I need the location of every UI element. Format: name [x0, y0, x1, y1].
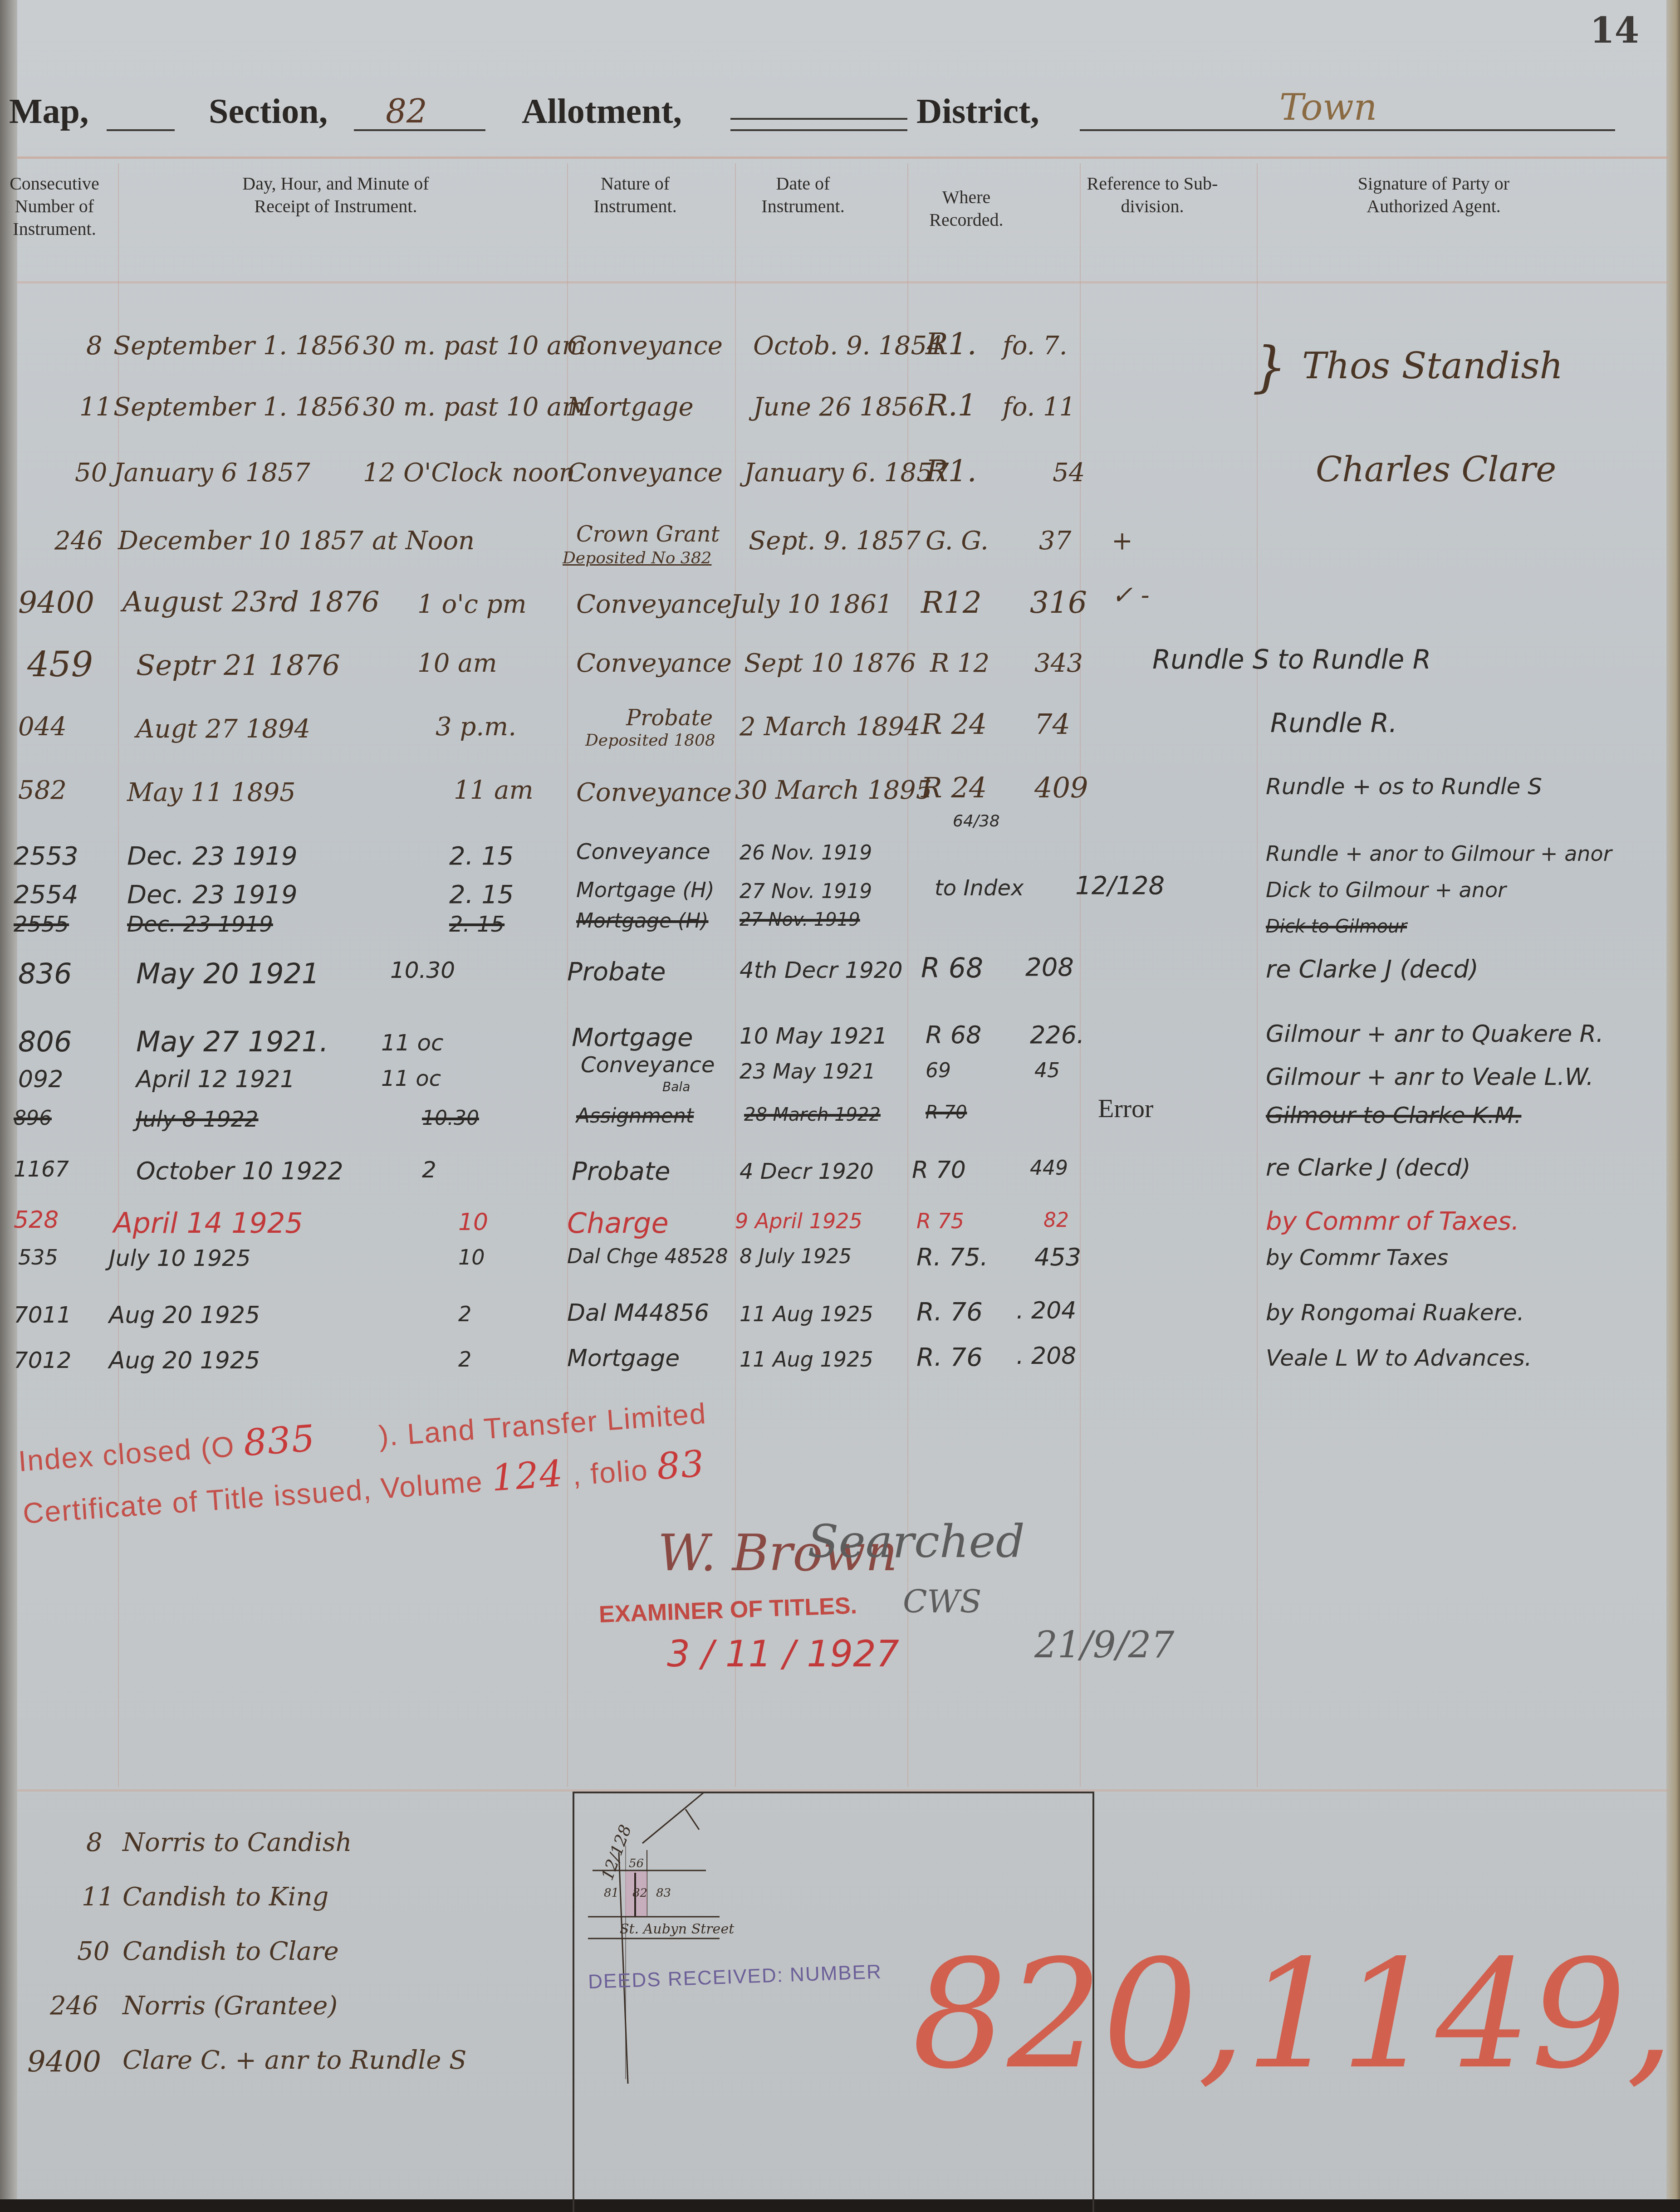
entry-time: 11 am [454, 776, 534, 805]
entry-number: 896 [14, 1107, 52, 1130]
entry-time: 1 o'c pm [417, 590, 527, 619]
entry-signature: Dick to Gilmour + anor [1266, 878, 1506, 902]
entry-date: Octob. 9. 1854 [753, 331, 943, 361]
entry-date: 11 Aug 1925 [740, 1302, 873, 1326]
entry-number: 2553 [14, 841, 78, 871]
header-rule [17, 156, 1669, 159]
entry-nature: Mortgage [567, 1345, 680, 1372]
entry-date: July 10 1861 [730, 590, 892, 619]
entry-where: 64/38 [953, 812, 1000, 830]
entry-number: 092 [18, 1066, 63, 1093]
entry-folio: . 208 [1016, 1343, 1076, 1370]
entry-nature-note: Deposited 1808 [585, 731, 715, 750]
entry-folio: 453 [1034, 1243, 1081, 1271]
entry-date: 8 July 1925 [740, 1245, 852, 1268]
entry-number: 044 [18, 712, 67, 742]
entry-signature: Rundle R. [1270, 708, 1397, 738]
entry-where: R1. [926, 327, 977, 361]
entry-where: R 75 [916, 1209, 964, 1233]
entry-where: R. 76 [916, 1297, 983, 1327]
entry-number: 11 [79, 392, 112, 422]
col-where-recorded: Where Recorded. [921, 186, 1012, 231]
entry-day: May 20 1921 [136, 957, 319, 990]
entry-time: 11 oc [381, 1030, 444, 1056]
section-field-line [354, 129, 485, 131]
entry-nature: Conveyance [576, 590, 732, 619]
allotment-dash-1 [730, 118, 907, 120]
stamp-text: , folio [571, 1454, 649, 1491]
entry-date: 28 March 1922 [744, 1104, 881, 1125]
entry-nature: Probate [626, 705, 713, 731]
entry-date: 23 May 1921 [740, 1059, 876, 1084]
entry-where: R. 76 [916, 1343, 983, 1372]
entry-where: 69 [926, 1059, 951, 1082]
entry-folio: 12/128 [1075, 871, 1165, 900]
district-value: Town [1279, 86, 1377, 128]
col-date: Date of Instrument. [744, 172, 862, 218]
entry-nature: Dal M44856 [567, 1299, 709, 1327]
plan-lot-left: 81 [604, 1886, 619, 1900]
page-number: 14 [1590, 10, 1639, 51]
entry-day: September 1. 1856 [113, 392, 360, 422]
entry-number: 7011 [14, 1302, 71, 1328]
entry-day: October 10 1922 [136, 1157, 343, 1185]
entry-time: 10.30 [422, 1107, 479, 1130]
entry-where: R 70 [926, 1102, 967, 1123]
map-field-line [107, 129, 175, 131]
entry-folio: 37 [1039, 526, 1071, 556]
entry-time: 30 m. past 10 am [363, 392, 586, 422]
entry-date: Sept 10 1876 [744, 649, 916, 678]
entry-where: R 68 [926, 1021, 981, 1049]
entry-folio: 208 [1025, 952, 1074, 982]
entry-number: 8 [86, 331, 103, 361]
entry-signature: Gilmour + anr to Veale L.W. [1266, 1064, 1594, 1091]
entry-nature: Mortgage (H) [576, 878, 715, 902]
deeds-received-number: 820,1149, [912, 1928, 1674, 2102]
allotment-dash-2 [730, 129, 907, 131]
entry-where: R. 75. [916, 1243, 988, 1271]
entry-where: R 24 [921, 771, 987, 804]
entry-nature: Crown Grant [576, 522, 720, 547]
entry-folio: 45 [1034, 1059, 1060, 1082]
entry-where: G. G. [926, 526, 989, 556]
entry-day: May 11 1895 [127, 778, 296, 807]
district-label: District, [916, 91, 1039, 132]
entry-day: Aug 20 1925 [109, 1302, 260, 1329]
entry-folio: . 204 [1016, 1297, 1076, 1324]
entry-nature: Mortgage [572, 1023, 693, 1052]
entry-folio: fo. 7. [1003, 331, 1068, 361]
binding-gutter [0, 0, 17, 2212]
searched-note: Searched [808, 1515, 1025, 1568]
chain-text: Norris to Candish [122, 1828, 352, 1857]
entry-time: 30 m. past 10 am [363, 331, 586, 361]
entry-signature: Rundle S to Rundle R [1152, 644, 1431, 675]
entry-date: 11 Aug 1925 [740, 1347, 873, 1372]
entry-time: 2 [422, 1157, 436, 1183]
stamp-volume: 124 [490, 1452, 565, 1499]
entry-date: 10 May 1921 [740, 1023, 887, 1049]
entry-nature: Mortgage (H) [576, 909, 709, 933]
entry-signature: Gilmour + anr to Quakere R. [1266, 1021, 1604, 1048]
allotment-label: Allotment, [522, 91, 682, 132]
entry-day: Dec. 23 1919 [127, 880, 298, 909]
entry-folio: 74 [1034, 708, 1070, 741]
chain-number: 9400 [27, 2046, 101, 2079]
entry-number: 50 [75, 458, 107, 488]
entry-signature: by Rongomai Ruakere. [1266, 1299, 1524, 1326]
entry-signature: by Commr of Taxes. [1266, 1206, 1519, 1236]
section-value: 82 [386, 93, 427, 131]
entry-nature: Probate [567, 957, 666, 986]
entry-time: 10.30 [390, 957, 455, 983]
entry-number: 246 [54, 526, 103, 556]
entry-signature: re Clarke J (decd) [1266, 955, 1479, 983]
entry-day: Aug 20 1925 [109, 1347, 260, 1374]
signature-brace: } [1252, 336, 1287, 399]
entry-number: 7012 [14, 1347, 71, 1373]
col-nature: Nature of Instrument. [576, 172, 694, 218]
entry-where: R 12 [930, 649, 989, 678]
entry-nature: Charge [567, 1206, 669, 1240]
entry-day: January 6 1857 [113, 458, 310, 488]
col-receipt-time: Day, Hour, and Minute of Receipt of Inst… [222, 172, 449, 218]
entry-date: 4th Decr 1920 [740, 957, 902, 983]
stamp-index-number: 835 [242, 1417, 317, 1464]
chain-text: Norris (Grantee) [122, 1991, 338, 2021]
entry-where: to Index [935, 875, 1024, 901]
entry-nature: Conveyance [576, 778, 732, 807]
district-field-line [1080, 129, 1615, 131]
entry-nature: Mortgage [567, 392, 694, 422]
entry-nature: Dal Chge 48528 [567, 1245, 728, 1268]
entry-time: 2. 15 [449, 841, 514, 871]
entry-day: September 1. 1856 [113, 331, 360, 361]
register-header: Map, Section, 82 Allotment, District, To… [9, 86, 1606, 136]
entry-date: June 26 1856 [753, 392, 924, 422]
entry-number: 1167 [14, 1157, 69, 1182]
stamp-folio: 83 [656, 1442, 706, 1488]
entry-day: August 23rd 1876 [122, 585, 379, 618]
entry-date: 27 Nov. 1919 [740, 909, 860, 930]
entry-nature: Conveyance [576, 839, 710, 864]
entry-time: at Noon [372, 526, 475, 556]
chain-number: 8 [86, 1828, 103, 1857]
entry-day: May 27 1921. [136, 1025, 328, 1058]
entry-date: 9 April 1925 [735, 1209, 862, 1233]
entry-signature: Rundle + os to Rundle S [1266, 773, 1542, 800]
searched-date: 21/9/27 [1034, 1624, 1174, 1666]
entry-day: Dec. 23 1919 [127, 912, 273, 937]
entry-signature: Gilmour to Clarke K.M. [1266, 1102, 1521, 1128]
entry-date: 4 Decr 1920 [740, 1159, 874, 1184]
column-head-rule [17, 281, 1669, 283]
entry-day: April 14 1925 [113, 1206, 303, 1240]
plan-street: St. Aubyn Street [620, 1921, 734, 1937]
entry-date: 27 Nov. 1919 [740, 880, 872, 903]
entry-where: R 24 [921, 708, 987, 741]
entry-time: 2 [458, 1302, 471, 1326]
col-reference: Reference to Sub-division. [1084, 172, 1220, 218]
entry-folio: 54 [1053, 458, 1085, 488]
entry-folio: 82 [1043, 1209, 1069, 1232]
stamp-text: ). Land Transfer Limited [377, 1397, 707, 1452]
entry-time: 10 am [417, 649, 497, 678]
entry-ref: + [1112, 526, 1133, 556]
ledger-page: 14 Map, Section, 82 Allotment, District,… [0, 0, 1680, 2212]
column-divider [1257, 163, 1258, 1787]
entry-number: 459 [27, 644, 93, 684]
entry-time: 2. 15 [449, 880, 514, 909]
examiner-title: EXAMINER OF TITLES. [598, 1592, 857, 1628]
entry-day: Septr 21 1876 [136, 649, 340, 682]
section-label: Section, [209, 91, 328, 132]
entry-signature: by Commr Taxes [1266, 1245, 1448, 1270]
entry-day: April 12 1921 [136, 1066, 295, 1093]
entry-nature-note: Deposited No 382 [563, 549, 711, 567]
entry-number: 9400 [18, 585, 94, 620]
chain-text: Clare C. + anr to Rundle S [122, 2046, 466, 2075]
entry-number: 836 [18, 957, 72, 990]
entry-number: 528 [14, 1206, 59, 1234]
entry-number: 2555 [14, 912, 69, 937]
entry-signature: Charles Clare [1316, 449, 1556, 489]
entry-number: 535 [18, 1245, 58, 1270]
entry-date: January 6. 1857 [744, 458, 949, 488]
map-label: Map, [9, 91, 89, 132]
column-divider [1080, 163, 1081, 1787]
entry-nature: Conveyance [581, 1052, 715, 1078]
entry-time: 10 [458, 1245, 485, 1270]
page-edge [1666, 0, 1680, 2212]
entry-time: 10 [458, 1209, 488, 1236]
entry-number: 2554 [14, 880, 78, 909]
entry-where: R.1 [926, 388, 977, 423]
entry-where: R 70 [912, 1157, 966, 1184]
chain-number: 50 [77, 1937, 109, 1966]
entry-time: 3 p.m. [436, 712, 516, 742]
entry-day: December 10 1857 [118, 526, 363, 556]
entry-date: Sept. 9. 1857 [749, 526, 921, 556]
plan-lot-right: 83 [656, 1886, 671, 1900]
chain-text: Candish to Clare [122, 1937, 339, 1966]
entry-nature: Assignment [576, 1104, 694, 1128]
entry-nature-note: Bala [662, 1079, 690, 1094]
chain-number: 11 [82, 1882, 114, 1912]
entry-time: 12 O'Clock noon [363, 458, 575, 488]
entry-folio: 316 [1030, 585, 1087, 620]
plan-lot-center: 82 [632, 1886, 647, 1900]
entry-where: R12 [921, 585, 982, 620]
entry-day: July 10 1925 [109, 1245, 251, 1271]
entry-date: 2 March 1894 [740, 712, 921, 742]
entry-signature: Dick to Gilmour [1266, 916, 1407, 937]
entry-signature: re Clarke J (decd) [1266, 1154, 1471, 1182]
entry-time: 2 [458, 1347, 471, 1372]
chain-number: 246 [50, 1991, 98, 2021]
entry-nature: Conveyance [567, 331, 723, 361]
entry-day: Dec. 23 1919 [127, 841, 298, 871]
entry-time: 11 oc [381, 1066, 441, 1091]
entry-signature: Rundle + anor to Gilmour + anor [1266, 841, 1612, 866]
entry-folio: 343 [1034, 649, 1083, 678]
entry-folio: 226. [1030, 1021, 1084, 1049]
entry-signature: Thos Standish [1302, 345, 1563, 387]
entry-date: 26 Nov. 1919 [740, 841, 872, 864]
entry-signature: Veale L W to Advances. [1266, 1345, 1532, 1371]
entry-nature: Conveyance [576, 649, 732, 678]
col-consecutive-number: Consecutive Number of Instrument. [0, 172, 109, 240]
plan-lot-north: 56 [629, 1857, 644, 1870]
entry-number: 582 [18, 776, 67, 805]
col-signature: Signature of Party or Authorized Agent. [1334, 172, 1533, 218]
examiner-date: 3 / 11 / 1927 [667, 1633, 899, 1675]
entry-folio: 409 [1034, 771, 1088, 804]
entry-time: 2. 15 [449, 912, 504, 937]
stamp-text: Index closed (O [17, 1430, 236, 1478]
entry-day: Augt 27 1894 [136, 714, 310, 744]
entry-ref: ✓ - [1112, 581, 1150, 610]
entry-folio: 449 [1030, 1157, 1068, 1180]
error-note: Error [1098, 1093, 1153, 1123]
entry-day: July 8 1922 [136, 1107, 259, 1132]
entry-date: 30 March 1895 [735, 776, 932, 805]
entry-nature: Conveyance [567, 458, 723, 488]
chain-text: Candish to King [122, 1882, 328, 1912]
entry-folio: fo. 11 [1003, 392, 1075, 422]
entry-nature: Probate [572, 1157, 670, 1186]
entry-where: R 68 [921, 952, 983, 984]
examiner-initials: CWS [903, 1583, 981, 1620]
entry-number: 806 [18, 1025, 72, 1058]
entry-where: R1. [926, 454, 977, 488]
